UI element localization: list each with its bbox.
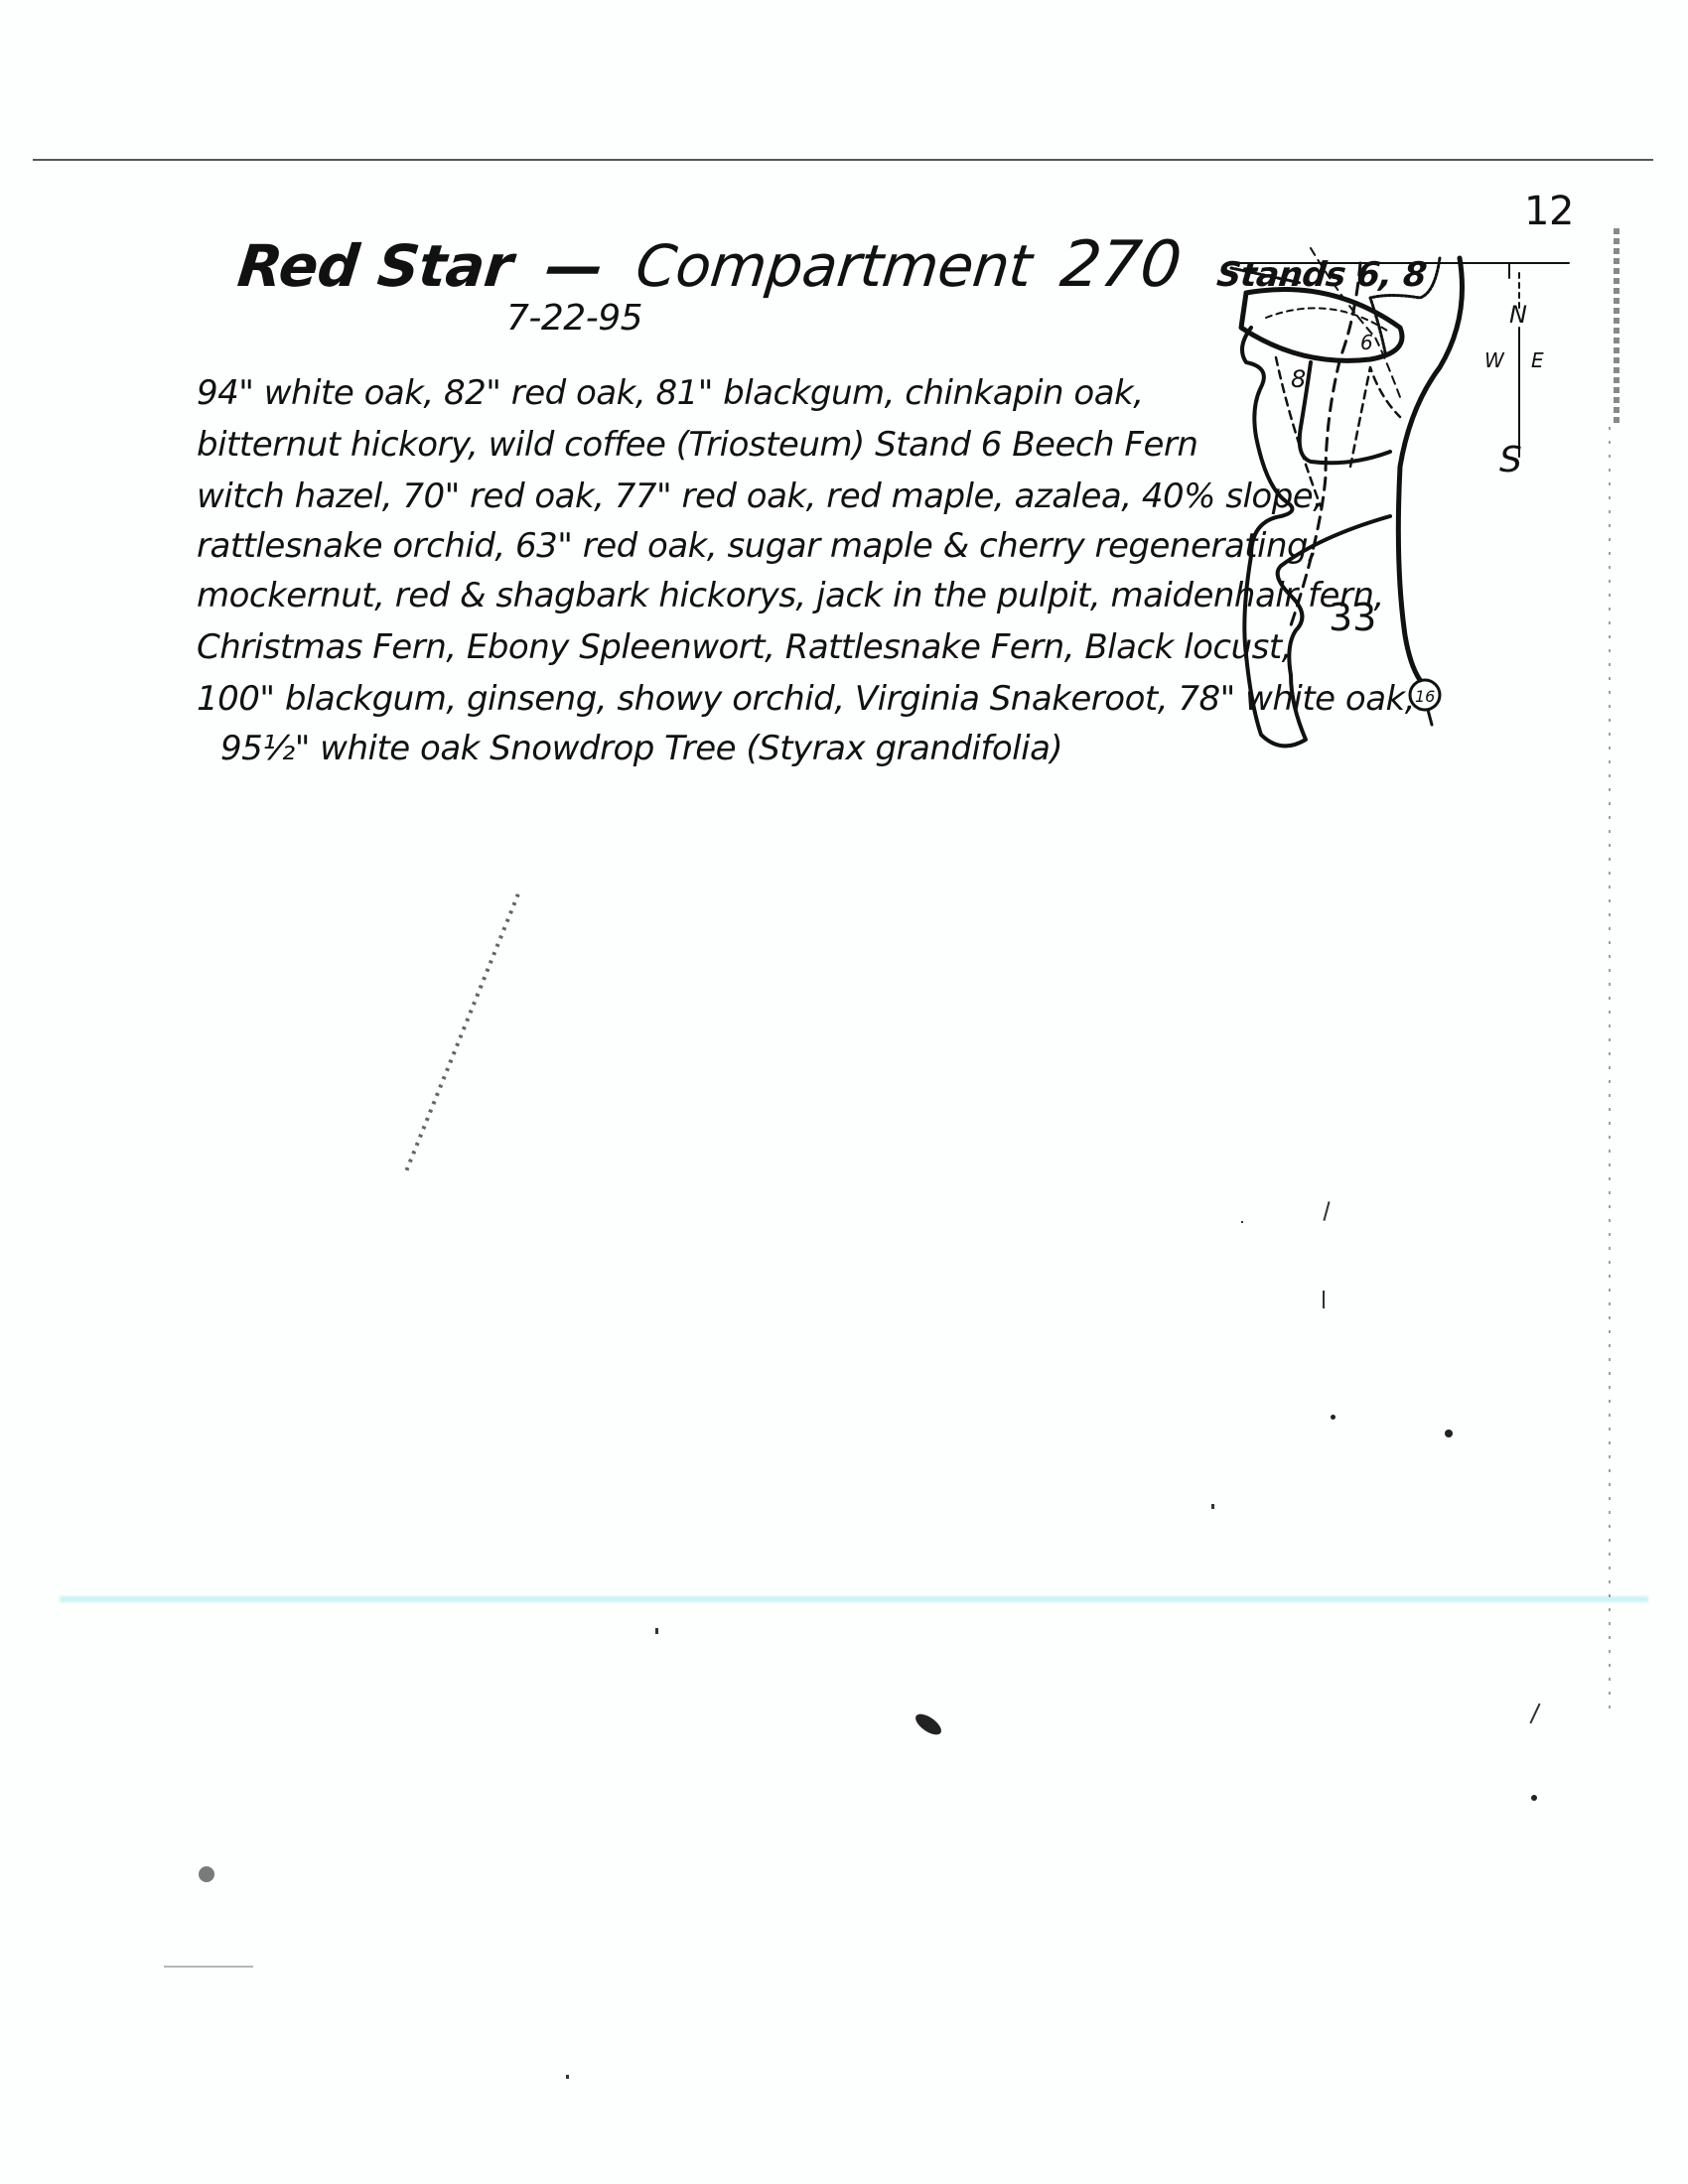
- scan-dot-artifact: [1211, 1504, 1214, 1509]
- scan-dot-artifact: [1241, 1221, 1243, 1223]
- map-road-label: 16: [1415, 687, 1435, 706]
- scan-dash-artifact: [1323, 1291, 1325, 1308]
- scan-dot-artifact: [566, 2075, 569, 2079]
- notes-line: mockernut, red & shagbark hickorys, jack…: [197, 576, 1384, 615]
- title-compartment: Compartment: [633, 232, 1035, 300]
- top-rule-line: [33, 159, 1653, 161]
- notes-line: witch hazel, 70" red oak, 77" red oak, r…: [197, 477, 1324, 516]
- scan-dot-artifact: [1331, 1415, 1336, 1420]
- scan-edge-artifact: [1614, 228, 1619, 427]
- notes-line: 94" white oak, 82" red oak, 81" blackgum…: [197, 373, 1144, 413]
- scan-blob-artifact: [913, 1710, 945, 1739]
- scan-streak-artifact: [405, 893, 520, 1171]
- scan-dot-artifact: [1531, 1795, 1537, 1801]
- notes-line: Christmas Fern, Ebony Spleenwort, Rattle…: [197, 627, 1292, 667]
- notes-line: rattlesnake orchid, 63" red oak, sugar m…: [197, 526, 1318, 566]
- stand-map: 6 8 16 33 N W E S: [1211, 238, 1589, 774]
- notes-line: bitternut hickory, wild coffee (Triosteu…: [197, 425, 1197, 465]
- map-stand-label-6: 6: [1360, 331, 1373, 354]
- scan-dot-artifact: [655, 1628, 658, 1634]
- compass-west: W: [1484, 348, 1505, 372]
- compass-north: N: [1509, 301, 1527, 329]
- compass-south: S: [1499, 440, 1522, 480]
- title-compartment-number: 270: [1056, 228, 1184, 302]
- map-compartment-label: 33: [1329, 596, 1376, 639]
- map-stand-label-8: 8: [1291, 365, 1306, 393]
- notes-line: 95½" white oak Snowdrop Tree (Styrax gra…: [220, 729, 1062, 768]
- title-location: Red Star: [234, 232, 515, 300]
- page-number: 12: [1524, 189, 1574, 234]
- scan-smudge-artifact: [164, 1966, 253, 1968]
- scan-dot-artifact: [1445, 1430, 1453, 1437]
- scan-edge-artifact: [1609, 427, 1611, 1717]
- scan-dash-artifact: [1529, 1704, 1540, 1724]
- title-dash: —: [542, 232, 607, 300]
- compass-east: E: [1531, 348, 1544, 372]
- scan-artifact-line: [60, 1596, 1648, 1602]
- scan-dash-artifact: [1323, 1201, 1330, 1221]
- scan-blob-artifact: [199, 1866, 214, 1882]
- date: 7-22-95: [506, 298, 642, 339]
